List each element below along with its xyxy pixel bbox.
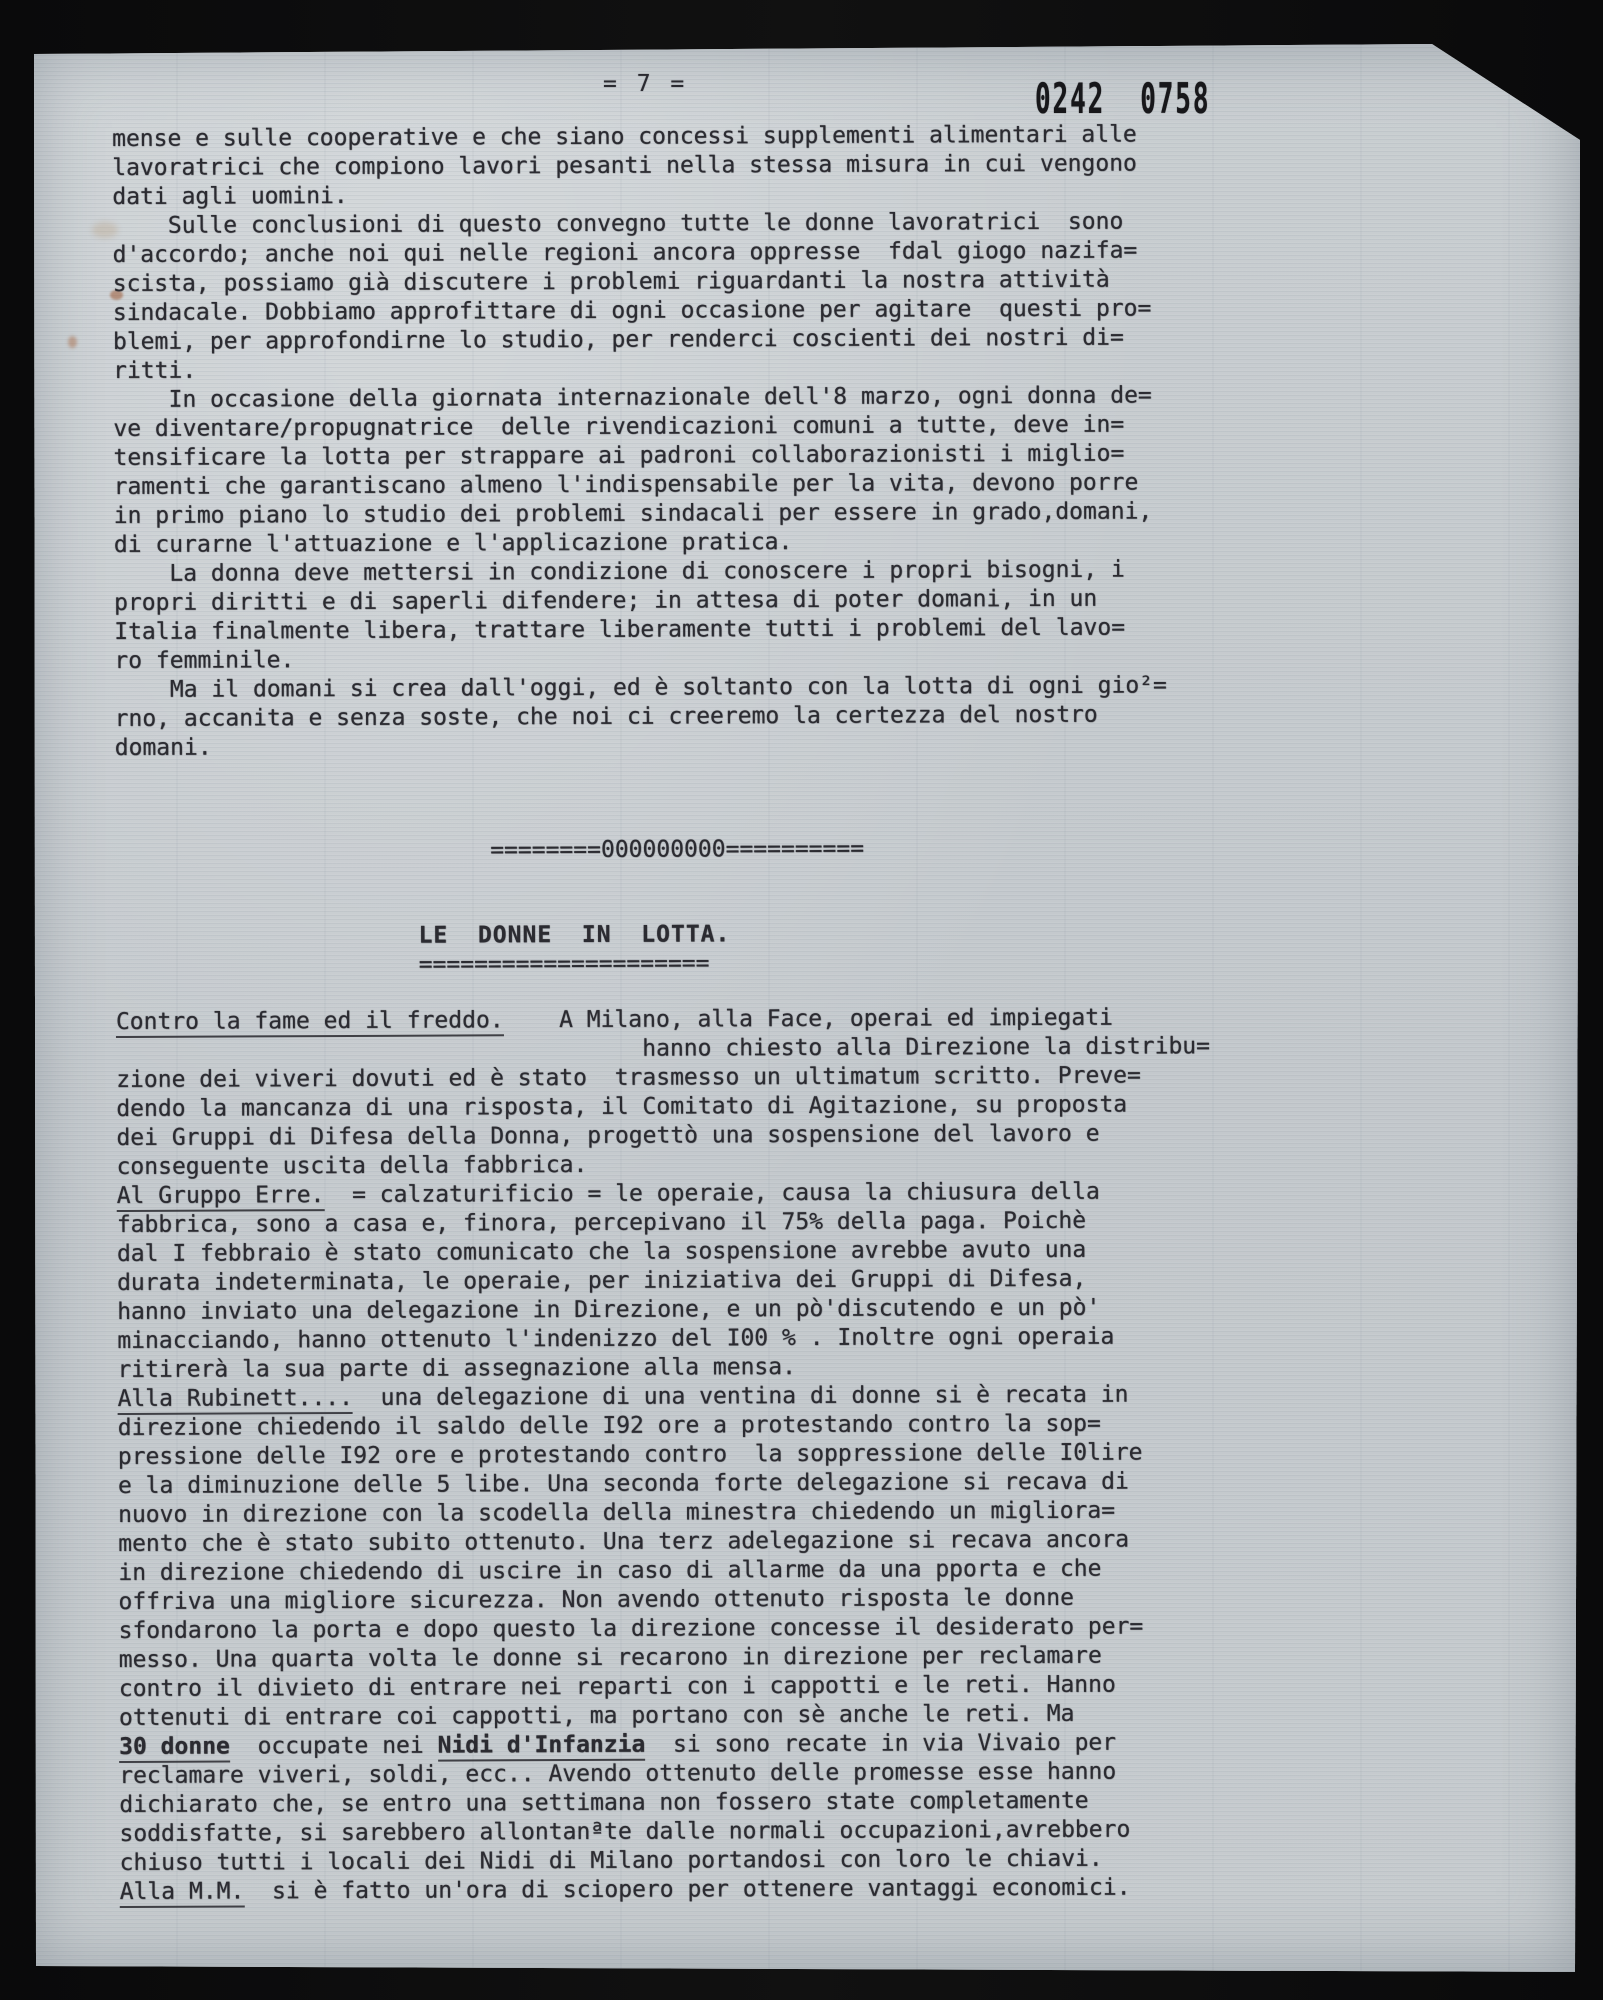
text-line: minacciando, hanno ottenuto l'indenizzo … bbox=[117, 1322, 1239, 1356]
section-erre-body: fabbrica, sono a casa e, finora, percepi… bbox=[117, 1206, 1240, 1385]
line-rest: = calzaturificio = le operaie, causa la … bbox=[324, 1179, 1100, 1208]
paper-stain bbox=[68, 336, 77, 348]
section-title-rubinett: Alla Rubinett.... bbox=[118, 1385, 354, 1415]
document-page: = 7 = 0242 0758 mense e sulle cooperativ… bbox=[28, 44, 1580, 1972]
section-donne30-body: reclamare viveri, soldi, ecc.. Avendo ot… bbox=[119, 1757, 1241, 1878]
line-rest: A Milano, alla Face, operai ed impiegati bbox=[504, 1005, 1113, 1034]
archive-stamp: 0242 0758 bbox=[1035, 74, 1210, 123]
section-title-mm: Alla M.M. bbox=[120, 1878, 245, 1908]
text-line: blemi, per approfondirne lo studio, per … bbox=[113, 323, 1235, 357]
ooo-divider: ========000000000========== bbox=[115, 833, 1237, 867]
typewritten-text: mense e sulle cooperative e che siano co… bbox=[112, 120, 1242, 1907]
text-line: dei Gruppi di Difesa della Donna, proget… bbox=[116, 1119, 1238, 1153]
text-line: lavoratrici che compiono lavori pesanti … bbox=[112, 149, 1234, 183]
line-rest: si è fatto un'ora di sciopero per ottene… bbox=[244, 1875, 1130, 1905]
section-title-30-donne: 30 donne bbox=[119, 1734, 230, 1763]
section-title-contro: Contro la fame ed il freddo. bbox=[116, 1007, 504, 1038]
section-contro-body: hanno chiesto alla Direzione la distribu… bbox=[116, 1032, 1239, 1182]
paragraph-8-marzo: In occasione della giornata internaziona… bbox=[113, 381, 1236, 560]
section-title-erre: Al Gruppo Erre. bbox=[117, 1182, 325, 1212]
page-number: = 7 = bbox=[603, 70, 687, 99]
section-rubinett-body: direzione chiedendo il saldo delle I92 o… bbox=[118, 1409, 1241, 1733]
line-rest: si sono recate in via Vivaio per bbox=[645, 1730, 1116, 1758]
section-heading: LE DONNE IN LOTTA. ===================== bbox=[115, 918, 1237, 981]
text-line: rno, accanita e senza soste, che noi ci … bbox=[115, 700, 1237, 734]
section-mm-title-line: Alla M.M. si è fatto un'ora di sciopero … bbox=[120, 1873, 1242, 1907]
line-mid: occupate nei bbox=[230, 1733, 438, 1760]
heading-title: LE DONNE IN LOTTA. bbox=[418, 918, 1237, 951]
line-rest: una delegazione di una ventina di donne … bbox=[353, 1382, 1129, 1411]
paragraph-conclusioni: Sulle conclusioni di questo convegno tut… bbox=[112, 207, 1235, 386]
paragraph-mense: mense e sulle cooperative e che siano co… bbox=[112, 120, 1234, 212]
scan-background: = 7 = 0242 0758 mense e sulle cooperativ… bbox=[0, 0, 1603, 2000]
text-line: domani. bbox=[115, 729, 1237, 763]
text-line: Italia finalmente libera, trattare liber… bbox=[114, 613, 1236, 647]
paragraph-domani: Ma il domani si crea dall'oggi, ed è sol… bbox=[114, 671, 1236, 763]
text-line: in primo piano lo studio dei problemi si… bbox=[114, 497, 1236, 531]
section-title-nidi-infanzia: Nidi d'Infanzia bbox=[438, 1732, 646, 1762]
heading-underline: ===================== bbox=[419, 947, 1238, 980]
paragraph-la-donna: La donna deve mettersi in condizione di … bbox=[114, 555, 1236, 676]
